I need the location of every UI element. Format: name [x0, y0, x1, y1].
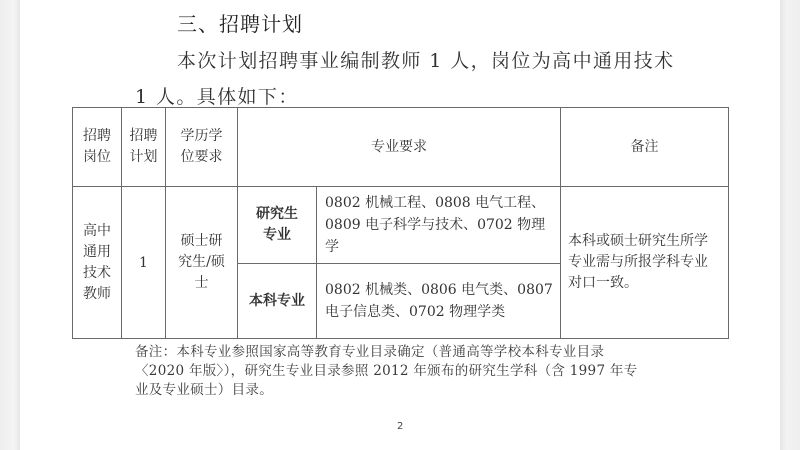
header-degree-line: 学历学 [166, 126, 237, 147]
header-plan-line: 招聘 [122, 126, 165, 147]
position-line: 教师 [73, 284, 121, 305]
remark-line: 对口一致。 [568, 273, 722, 294]
position-line: 技术 [73, 263, 121, 284]
remark-line: 专业需与所报学科专业 [568, 252, 722, 273]
graduate-majors-line: 0809 电子科学与技术、0702 物理 [325, 214, 554, 236]
cell-degree: 硕士研 究生/硕 士 [166, 187, 238, 339]
recruitment-plan-table: 招聘 岗位 招聘 计划 学历学 位要求 专业要求 备注 高中 通用 技术 教师 … [72, 107, 729, 339]
viewer-left-margin [0, 0, 20, 450]
header-degree-line: 位要求 [166, 147, 237, 168]
position-line: 高中 [73, 221, 121, 242]
cell-graduate-label: 研究生 专业 [238, 187, 317, 264]
cell-remark: 本科或硕士研究生所学 专业需与所报学科专业 对口一致。 [561, 187, 729, 339]
position-line: 通用 [73, 242, 121, 263]
intro-paragraph-line-1: 本次计划招聘事业编制教师 1 人，岗位为高中通用技术 [177, 46, 675, 73]
header-plan-line: 计划 [122, 147, 165, 168]
footnote-line: 备注：本科专业参照国家高等教育专业目录确定（普通高等学校本科专业目录 [135, 343, 695, 362]
graduate-label-line: 专业 [238, 225, 316, 246]
graduate-majors-line: 0802 机械工程、0808 电气工程、 [325, 192, 554, 214]
cell-undergrad-label: 本科专业 [238, 264, 317, 339]
undergrad-majors-line: 0802 机械类、0806 电气类、0807 [325, 279, 554, 301]
table-header-row: 招聘 岗位 招聘 计划 学历学 位要求 专业要求 备注 [73, 108, 729, 187]
cell-undergrad-majors: 0802 机械类、0806 电气类、0807 电子信息类、0702 物理学类 [317, 264, 561, 339]
header-remark: 备注 [561, 108, 729, 187]
header-degree: 学历学 位要求 [166, 108, 238, 187]
degree-line: 士 [166, 273, 237, 294]
cell-position: 高中 通用 技术 教师 [73, 187, 122, 339]
graduate-majors-line: 学 [325, 236, 554, 258]
degree-line: 硕士研 [166, 231, 237, 252]
intro-paragraph-line-2: 1 人。具体如下： [135, 82, 299, 109]
remark-line: 本科或硕士研究生所学 [568, 231, 722, 252]
header-plan: 招聘 计划 [122, 108, 166, 187]
header-position-line: 招聘 [73, 126, 121, 147]
header-position-line: 岗位 [73, 147, 121, 168]
degree-line: 究生/硕 [166, 252, 237, 273]
header-major: 专业要求 [238, 108, 561, 187]
section-heading: 三、招聘计划 [177, 8, 303, 37]
graduate-label-line: 研究生 [238, 204, 316, 225]
cell-graduate-majors: 0802 机械工程、0808 电气工程、 0809 电子科学与技术、0702 物… [317, 187, 561, 264]
page-number: 2 [397, 421, 403, 432]
table-row: 高中 通用 技术 教师 1 硕士研 究生/硕 士 研究生 专业 0802 机械工… [73, 187, 729, 264]
viewer-right-scrollbar-area[interactable] [780, 0, 800, 450]
cell-plan-count: 1 [122, 187, 166, 339]
table-footnote: 备注：本科专业参照国家高等教育专业目录确定（普通高等学校本科专业目录 〈2020… [135, 343, 695, 400]
undergrad-majors-line: 电子信息类、0702 物理学类 [325, 301, 554, 323]
footnote-line: 〈2020 年版〉），研究生专业目录参照 2012 年颁布的研究生学科（含 19… [135, 362, 695, 381]
header-position: 招聘 岗位 [73, 108, 122, 187]
footnote-line: 业及专业硕士）目录。 [135, 381, 695, 400]
